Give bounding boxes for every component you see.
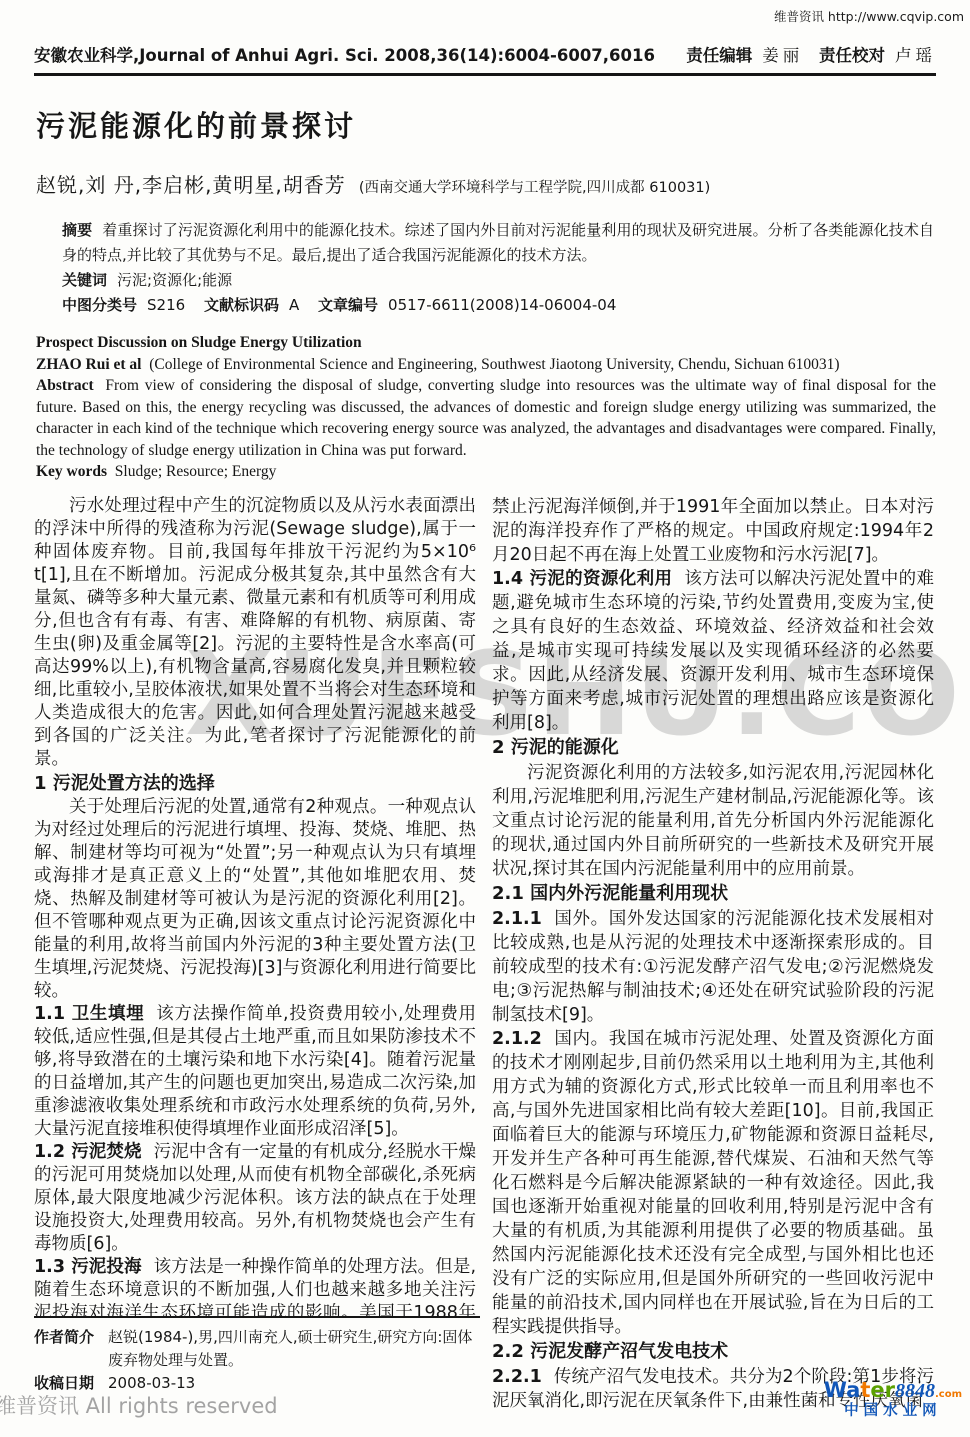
section-2-1-2: 2.1.2国内。我国在城市污泥处理、处置及资源化方面的技术才刚刚起步,目前仍然采… (492, 1027, 934, 1339)
section-2-2-1-label: 2.2.1 (492, 1367, 554, 1387)
journal-citation-line: 安徽农业科学,Journal of Anhui Agri. Sci. 2008,… (34, 42, 655, 66)
editor-name: 姜丽 (762, 46, 803, 65)
proofreader-name: 卢瑶 (895, 46, 936, 65)
section-2-heading: 2 污泥的能源化 (492, 736, 934, 760)
intro-paragraph: 污水处理过程中产生的沉淀物质以及从污水表面漂出的浮沫中所得的残渣称为污泥(Sew… (34, 495, 476, 771)
en-title: Prospect Discussion on Sludge Energy Uti… (36, 332, 936, 354)
article-id-label: 文章编号 (318, 296, 378, 314)
authors-names: 赵锐,刘 丹,李启彬,黄明星,胡香芳 (36, 173, 346, 197)
proofreader-label: 责任校对 (819, 46, 885, 65)
header-rule (34, 73, 936, 76)
authors-row: 赵锐,刘 丹,李启彬,黄明星,胡香芳 (西南交通大学环境科学与工程学院,四川成都… (36, 169, 970, 198)
en-keywords-text: Sludge; Resource; Energy (115, 463, 277, 480)
section-2-1-1-label: 2.1.1 (492, 909, 554, 929)
clc-label: 中图分类号 (62, 296, 137, 314)
continuation-paragraph: 禁止污泥海洋倾倒,并于1991年全面加以禁止。日本对污泥的海洋投弃作了严格的规定… (492, 495, 934, 567)
page-title: 污泥能源化的前景探讨 (36, 104, 970, 145)
en-authors-line: ZHAO Rui et al (College of Environmental… (36, 354, 936, 376)
logo-text-er: er (870, 1378, 895, 1402)
en-abstract-block: Prospect Discussion on Sludge Energy Uti… (36, 332, 936, 483)
section-2-paragraph: 污泥资源化利用的方法较多,如污泥农用,污泥园林化利用,污泥堆肥利用,污泥生产建材… (492, 761, 934, 881)
scan-provider-note: 维普资讯 http://www.cqvip.com (774, 7, 964, 25)
section-2-1-2-label: 2.1.2 (492, 1029, 554, 1049)
logo-text-com: .com (935, 1389, 962, 1400)
editor-label: 责任编辑 (686, 46, 752, 65)
section-1-3-label: 1.3 污泥投海 (34, 1257, 154, 1277)
cn-abstract: 摘要着重探讨了污泥资源化利用中的能源化技术。综述了国内外目前对污泥能量利用的现状… (62, 218, 934, 268)
author-bio-row: 作者简介 赵锐(1984-),男,四川南充人,硕士研究生,研究方向:固体废弃物处… (34, 1326, 480, 1372)
en-keywords: Key words Sludge; Resource; Energy (36, 461, 936, 483)
section-1-2-label: 1.2 污泥焚烧 (34, 1142, 154, 1162)
logo-text-8848: 8848 (895, 1380, 935, 1402)
water8848-wordmark: Water8848.com (824, 1379, 962, 1402)
doccode-label: 文献标识码 (204, 296, 279, 314)
cn-keywords: 关键词污泥;资源化;能源 (62, 268, 934, 293)
cn-abstract-block: 摘要着重探讨了污泥资源化利用中的能源化技术。综述了国内外目前对污泥能量利用的现状… (62, 218, 934, 318)
author-bio-label: 作者简介 (34, 1326, 94, 1372)
en-affiliation: (College of Environmental Science and En… (149, 356, 839, 373)
en-abstract-text: From view of considering the disposal of… (36, 377, 936, 459)
section-1-4: 1.4 污泥的资源化利用该方法可以解决污泥处置中的难题,避免城市生态环境的污染,… (492, 567, 934, 735)
section-1-2: 1.2 污泥焚烧污泥中含有一定量的有机成分,经脱水干燥的污泥可用焚烧加以处理,从… (34, 1141, 476, 1256)
en-abstract-label: Abstract (36, 377, 94, 394)
section-1-1: 1.1 卫生填埋该方法操作简单,投资费用较小,处理费用较低,适应性强,但是其侵占… (34, 1003, 476, 1141)
logo-text-wa: Wa (824, 1378, 861, 1402)
journal-header: 安徽农业科学,Journal of Anhui Agri. Sci. 2008,… (34, 42, 936, 66)
en-authors: ZHAO Rui et al (36, 356, 142, 373)
cn-abstract-label: 摘要 (62, 221, 92, 239)
section-1-paragraph: 关于处理后污泥的处置,通常有2种观点。一种观点认为对经过处理后的污泥进行填埋、投… (34, 796, 476, 1003)
editor-credits: 责任编辑姜丽 责任校对卢瑶 (676, 42, 936, 66)
cn-abstract-text: 着重探讨了污泥资源化利用中的能源化技术。综述了国内外目前对污泥能量利用的现状及研… (62, 221, 934, 264)
section-2-1-heading: 2.1 国内外污泥能量利用现状 (492, 882, 934, 906)
section-1-heading: 1 污泥处置方法的选择 (34, 772, 476, 795)
en-keywords-label: Key words (36, 463, 107, 480)
cn-keywords-label: 关键词 (62, 271, 107, 289)
section-2-1-2-text: 国内。我国在城市污泥处理、处置及资源化方面的技术才刚刚起步,目前仍然采用以土地利… (492, 1029, 934, 1337)
clc-value: S216 (147, 296, 185, 314)
section-1-4-label: 1.4 污泥的资源化利用 (492, 569, 684, 589)
article-id-value: 0517-6611(2008)14-06004-04 (388, 296, 616, 314)
section-2-2-heading: 2.2 污泥发酵产沼气发电技术 (492, 1340, 934, 1364)
water8848-logo: Water8848.com 中国水业网 (824, 1379, 962, 1419)
section-1-1-label: 1.1 卫生填埋 (34, 1004, 156, 1024)
section-2-1-1: 2.1.1国外。国外发达国家的污泥能源化技术发展相对比较成熟,也是从污泥的处理技… (492, 907, 934, 1027)
cn-keywords-text: 污泥;资源化;能源 (117, 271, 232, 289)
en-abstract: Abstract From view of considering the di… (36, 375, 936, 461)
doccode-value: A (289, 296, 299, 314)
section-1-4-text: 该方法可以解决污泥处置中的难题,避免城市生态环境的污染,节约处置费用,变废为宝,… (492, 569, 934, 733)
logo-cn-name: 中国水业网 (824, 1404, 962, 1419)
authors-affiliation: (西南交通大学环境科学与工程学院,四川成都 610031) (359, 180, 710, 196)
right-column: 禁止污泥海洋倾倒,并于1991年全面加以禁止。日本对污泥的海洋投弃作了严格的规定… (492, 495, 934, 1437)
author-bio-text: 赵锐(1984-),男,四川南充人,硕士研究生,研究方向:固体废弃物处理与处置。 (108, 1326, 480, 1372)
author-bio-block: 作者简介 赵锐(1984-),男,四川南充人,硕士研究生,研究方向:固体废弃物处… (34, 1316, 480, 1395)
logo-text-t: t (860, 1378, 870, 1402)
cn-meta-line: 中图分类号S216 文献标识码A 文章编号0517-6611(2008)14-0… (62, 293, 934, 318)
scan-rights-note: 维普资讯 All rights reserved (0, 1390, 278, 1420)
left-column: 污水处理过程中产生的沉淀物质以及从污水表面漂出的浮沫中所得的残渣称为污泥(Sew… (34, 495, 476, 1327)
section-2-1-1-text: 国外。国外发达国家的污泥能源化技术发展相对比较成熟,也是从污泥的处理技术中逐渐探… (492, 909, 934, 1025)
body-columns: 污水处理过程中产生的沉淀物质以及从污水表面漂出的浮沫中所得的残渣称为污泥(Sew… (34, 495, 936, 1437)
